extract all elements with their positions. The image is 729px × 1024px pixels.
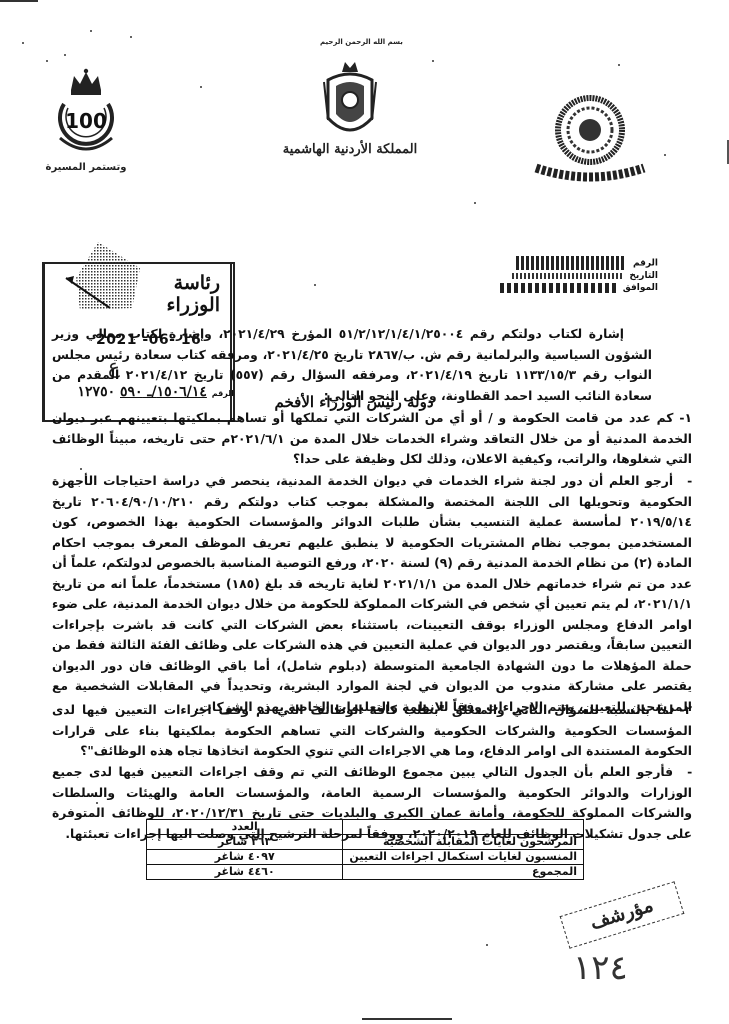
scan-speck [664, 154, 666, 156]
reference-date-label: التاريخ [629, 271, 658, 281]
coat-of-arms-logo: بسم الله الرحمن الرحيم المملكة الأردنية … [280, 38, 420, 158]
question-2-text: اما بالنسبة للسؤال الثاني والمتعلق "بطلب… [52, 703, 692, 758]
reference-date-row: التاريخ [486, 270, 658, 282]
centennial-caption: وتستمر المسيرة [42, 162, 130, 173]
answer-1-marker: - [687, 471, 692, 492]
table-row: المنسبون لغايات استكمال اجراءات التعيين … [147, 850, 584, 865]
centennial-crown-100-icon: 100 [46, 68, 126, 163]
scan-speck [432, 60, 434, 62]
scan-speck [46, 60, 48, 62]
scan-speck [130, 36, 132, 38]
top-edge-mark [0, 0, 38, 2]
scan-speck [486, 944, 488, 946]
table-row-label: المنسبون لغايات استكمال اجراءات التعيين [343, 850, 584, 865]
reference-number-label: الرقم [633, 259, 658, 269]
reference-number-row: الرقم [486, 256, 658, 270]
intro-text: إشارة لكتاب دولتكم رقم ٥١/٢/١٢/١/٤/١/٢٥٠… [52, 327, 652, 403]
question-1: ١-كم عدد من قامت الحكومة و / أو أي من ال… [52, 408, 692, 470]
handwritten-page-number: ١٢٤ [573, 948, 628, 988]
scan-speck [314, 284, 316, 286]
table-row-value: ٤٠٩٧ شاغر [147, 850, 343, 865]
bottom-rule [362, 1018, 452, 1020]
table-header-row: العدد [147, 820, 584, 835]
kingdom-caption: المملكة الأردنية الهاشمية [280, 142, 420, 157]
reference-number-value-redacted [516, 256, 626, 270]
answer-1-text: أرجو العلم أن دور لجنة شراء الخدمات في د… [52, 474, 692, 714]
table-row-value: ٣٦٣ شاغر [147, 835, 343, 850]
scan-speck [64, 54, 66, 56]
reference-date-value-redacted [512, 273, 622, 279]
scan-speck [90, 30, 92, 32]
table-header-count: العدد [147, 820, 343, 835]
reference-corresponding-label: الموافق [623, 283, 658, 293]
answer-1: -أرجو العلم أن دور لجنة شراء الخدمات في … [52, 471, 692, 717]
centennial-logo: 100 وتستمر المسيرة [46, 68, 126, 188]
question-1-text: كم عدد من قامت الحكومة و / أو أي من الشر… [52, 411, 692, 466]
scan-speck [200, 86, 202, 88]
answer-2-marker: - [687, 762, 692, 783]
scanned-letter-page: 100 وتستمر المسيرة بسم الله الرحمن الرحي… [0, 0, 729, 1024]
table-row: المرشحون لغايات المقابلة الشخصية ٣٦٣ شاغ… [147, 835, 584, 850]
reference-corresponding-row: الموافق [486, 282, 658, 294]
stamp-title: رئاسة الوزراء [120, 272, 220, 316]
question-2: ٢-اما بالنسبة للسؤال الثاني والمتعلق "بط… [52, 700, 692, 762]
institution-seal-logo [530, 78, 650, 208]
archived-handstamp: مؤرشف [560, 881, 685, 949]
question-1-number: ١- [679, 408, 692, 429]
scan-speck [22, 42, 24, 44]
scan-speck [474, 202, 476, 204]
question-2-number: ٢- [679, 700, 692, 721]
vacancies-table: العدد المرشحون لغايات المقابلة الشخصية ٣… [146, 819, 584, 880]
reference-block: الرقم التاريخ الموافق [486, 256, 658, 328]
table-total-label: المجموع [343, 865, 584, 880]
reference-corresponding-value-redacted [500, 283, 616, 293]
table-total-row: المجموع ٤٤٦٠ شاغر [147, 865, 584, 880]
table-row-label: المرشحون لغايات المقابلة الشخصية [343, 835, 584, 850]
scan-speck [618, 64, 620, 66]
table-header-label [343, 820, 584, 835]
svg-text:100: 100 [65, 109, 107, 133]
table-total-value: ٤٤٦٠ شاغر [147, 865, 343, 880]
basmala: بسم الله الرحمن الرحيم [320, 38, 380, 46]
jordan-coat-of-arms-icon [320, 60, 380, 140]
institution-round-seal-icon [530, 78, 650, 208]
intro-paragraph: إشارة لكتاب دولتكم رقم ٥١/٢/١٢/١/٤/١/٢٥٠… [52, 324, 652, 406]
